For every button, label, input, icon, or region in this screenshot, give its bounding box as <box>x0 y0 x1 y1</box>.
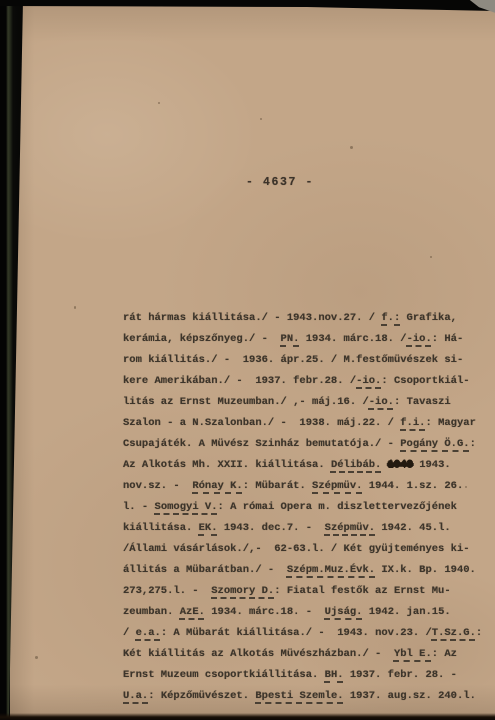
text-segment: 1942. jan.15. <box>362 606 450 618</box>
text-segment: kere Amerikában./ - 1937. febr.28. / <box>123 375 356 387</box>
text-segment: zeumban. <box>123 606 180 618</box>
text-segment: rát hármas kiállitása./ - 1943.nov.27. / <box>123 312 381 324</box>
scan-edge-bottom <box>0 713 495 720</box>
underlined-abbreviation: -io. <box>356 375 381 387</box>
typescript-line: U.a.: Képzőmüvészet. Bpesti Szemle. 1937… <box>123 686 495 707</box>
paper-speck <box>35 656 38 659</box>
underlined-abbreviation: U.a. <box>123 690 148 702</box>
underlined-abbreviation: EK. <box>199 522 218 534</box>
paper: - 4637 - rát hármas kiállitása./ - 1943.… <box>10 6 495 720</box>
text-segment: 1937. aug.sz. 240.l. <box>344 690 476 702</box>
text-segment: 273,275.l. - <box>123 585 211 597</box>
underlined-abbreviation: Délibáb. <box>331 459 381 471</box>
typescript-line: Az Alkotás Mh. XXII. kiállitása. Délibáb… <box>123 455 495 476</box>
text-segment: /Állami vásárlások./,- 62-63.l. / Két gy… <box>123 543 470 555</box>
page-number: - 4637 - <box>246 176 314 189</box>
underlined-abbreviation: Szépmüv. <box>325 522 375 534</box>
typescript-line: rát hármas kiállitása./ - 1943.nov.27. /… <box>123 308 495 329</box>
text-segment: / <box>123 627 136 639</box>
text-segment: 1934. márc.18. - <box>205 606 325 618</box>
text-segment: Az Alkotás Mh. XXII. kiállitása. <box>123 459 331 471</box>
text-segment: litás az Ernst Muzeumban./ ,- máj.16. / <box>123 396 369 408</box>
underlined-abbreviation: AzE. <box>180 606 205 618</box>
typescript-text-block: rát hármas kiállitása./ - 1943.nov.27. /… <box>123 308 495 707</box>
text-segment: : <box>470 438 476 450</box>
typescript-line: litás az Ernst Muzeumban./ ,- máj.16. /-… <box>123 392 495 413</box>
text-segment: 1934. márc.18. / <box>299 333 406 345</box>
underlined-abbreviation: Somogyi V. <box>155 501 218 513</box>
underlined-abbreviation: Rónay K. <box>192 480 242 492</box>
text-segment: rom kiállitás./ - 1936. ápr.25. / M.fest… <box>123 354 463 366</box>
text-segment: : A római Opera m. diszlettervezőjének <box>218 501 457 513</box>
underlined-abbreviation: Ybl E. <box>394 648 432 660</box>
typescript-line: 273,275.l. - Szomory D.: Fiatal festők a… <box>123 581 495 602</box>
typescript-line: Két kiállitás az Alkotás Müvészházban./ … <box>123 644 495 665</box>
paper-speck <box>158 102 160 104</box>
text-segment: 1942. 45.l. <box>375 522 451 534</box>
underlined-abbreviation: f.i. <box>400 417 425 429</box>
typescript-line: / e.a.: A Mübarát kiállitása./ - 1943. n… <box>123 623 495 644</box>
text-segment: Csupajáték. A Müvész Szinház bemutatója.… <box>123 438 400 450</box>
typescript-line: kiállitása. EK. 1943. dec.7. - Szépmüv. … <box>123 518 495 539</box>
text-segment: kiállitása. <box>123 522 199 534</box>
text-segment: l. - <box>123 501 155 513</box>
typescript-line: állitás a Mübarátban./ - Szépm.Muz.Évk. … <box>123 560 495 581</box>
text-segment: kerámia, képszőnyeg./ - <box>123 333 281 345</box>
text-segment: Ernst Muzeum csoportkiállitása. <box>123 669 325 681</box>
typescript-line: nov.sz. - Rónay K.: Mübarát. Szépmüv. 19… <box>123 476 495 497</box>
text-segment: Két kiállitás az Alkotás Müvészházban./ … <box>123 648 394 660</box>
struck-out-text: 1943 <box>388 459 413 471</box>
underlined-abbreviation: T.Sz.G. <box>432 627 476 639</box>
underlined-abbreviation: -io. <box>369 396 394 408</box>
underlined-abbreviation: BH. <box>325 669 344 681</box>
text-segment: : Mübarát. <box>243 480 312 492</box>
typescript-line: kerámia, képszőnyeg./ - PN. 1934. márc.1… <box>123 329 495 350</box>
text-segment: : Há- <box>432 333 464 345</box>
text-segment: IX.k. Bp. 1940. <box>375 564 476 576</box>
text-segment: : Csoportkiál- <box>381 375 469 387</box>
typescript-line: l. - Somogyi V.: A római Opera m. diszle… <box>123 497 495 518</box>
text-segment: : A Mübarát kiállitása./ - 1943. nov.23.… <box>161 627 432 639</box>
underlined-abbreviation: Szépmüv. <box>312 480 362 492</box>
text-segment: : Magyar <box>425 417 475 429</box>
text-segment: Szalon - a N.Szalonban./ - 1938. máj.22.… <box>123 417 400 429</box>
underlined-abbreviation: Bpesti Szemle. <box>255 690 343 702</box>
typescript-line: Ernst Muzeum csoportkiállitása. BH. 1937… <box>123 665 495 686</box>
underlined-abbreviation: e.a. <box>136 627 161 639</box>
text-segment: 1943. <box>413 459 451 471</box>
text-segment: 1944. 1.sz. 26. <box>362 480 463 492</box>
text-segment: : Az <box>432 648 457 660</box>
paper-speck <box>260 118 262 120</box>
paper-speck <box>430 256 432 258</box>
text-segment: 1937. febr. 28. - <box>344 669 457 681</box>
underlined-abbreviation: -io. <box>407 333 432 345</box>
text-segment: Grafika, <box>400 312 457 324</box>
scanned-page: - 4637 - rát hármas kiállitása./ - 1943.… <box>0 0 495 720</box>
underlined-abbreviation: Szomory D. <box>211 585 274 597</box>
paper-speck <box>74 306 76 309</box>
paper-speck <box>350 146 353 149</box>
text-segment: : <box>476 627 482 639</box>
underlined-abbreviation: Ujság. <box>325 606 363 618</box>
underlined-abbreviation: f.: <box>381 312 400 324</box>
typescript-line: /Állami vásárlások./,- 62-63.l. / Két gy… <box>123 539 495 560</box>
text-segment: állitás a Mübarátban./ - <box>123 564 287 576</box>
text-segment: nov.sz. - <box>123 480 192 492</box>
typescript-line: rom kiállitás./ - 1936. ápr.25. / M.fest… <box>123 350 495 371</box>
paper-speck <box>310 566 312 568</box>
text-segment: : Képzőmüvészet. <box>148 690 255 702</box>
typescript-line: kere Amerikában./ - 1937. febr.28. /-io.… <box>123 371 495 392</box>
text-segment: : Tavaszi <box>394 396 451 408</box>
text-segment: 1943. dec.7. - <box>218 522 325 534</box>
typescript-line: Szalon - a N.Szalonban./ - 1938. máj.22.… <box>123 413 495 434</box>
underlined-abbreviation: PN. <box>281 333 300 345</box>
underlined-abbreviation: Szépm.Muz.Évk. <box>287 564 375 576</box>
paper-speck <box>465 486 467 488</box>
underlined-abbreviation: Pogány Ö.G. <box>400 438 469 450</box>
typescript-line: Csupajáték. A Müvész Szinház bemutatója.… <box>123 434 495 455</box>
text-segment: : Fiatal festők az Ernst Mu- <box>274 585 450 597</box>
typescript-line: zeumban. AzE. 1934. márc.18. - Ujság. 19… <box>123 602 495 623</box>
